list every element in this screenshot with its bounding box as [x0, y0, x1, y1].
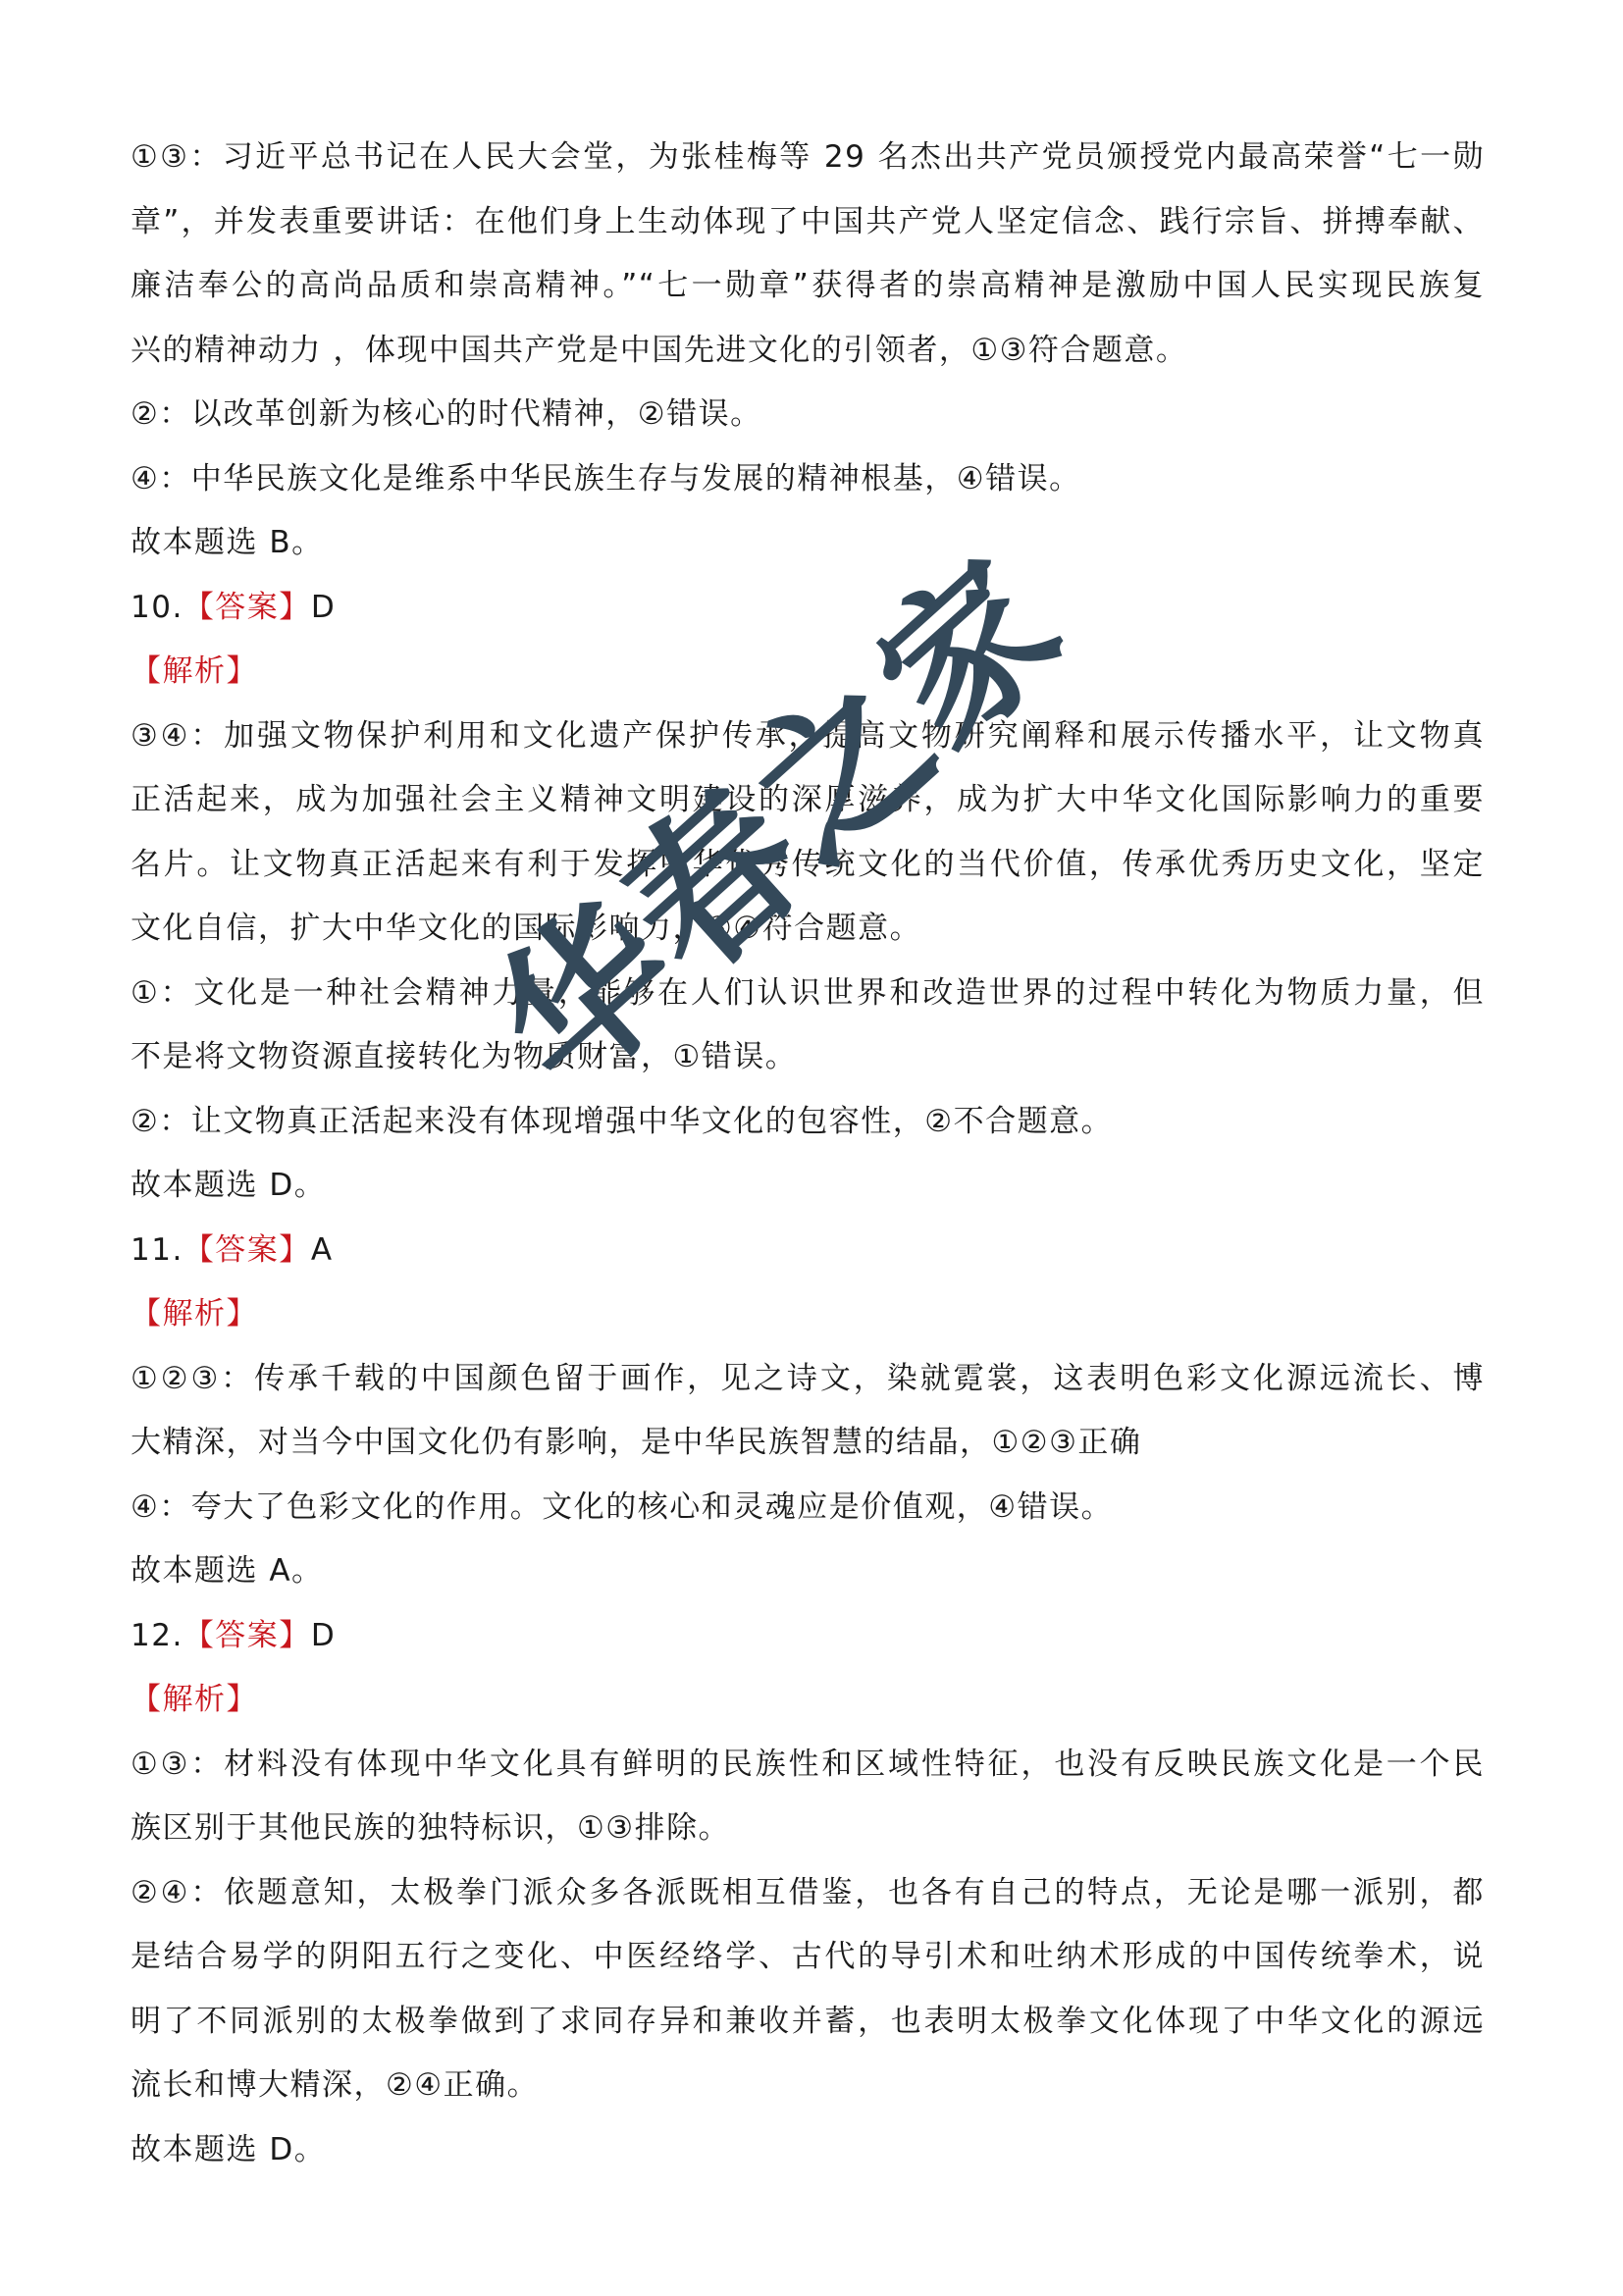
answer-value: D — [311, 590, 336, 625]
question-number: 10. — [131, 590, 183, 625]
paragraph-line: ④：夸大了色彩文化的作用。文化的核心和灵魂应是价值观，④错误。 — [131, 1476, 1485, 1540]
paragraph-line: 兴的精神动力 ，体现中国共产党是中国先进文化的引领者，①③符合题意。 — [131, 319, 1485, 384]
answer-heading: 12.【答案】D — [131, 1604, 1485, 1669]
paragraph-line: ③④：加强文物保护利用和文化遗产保护传承，提高文物研究阐释和展示传播水平，让文物… — [131, 704, 1485, 769]
analysis-label: 【解析】 — [131, 1282, 1485, 1347]
document-page: ①③：习近平总书记在人民大会堂，为张桂梅等 29 名杰出共产党员颁授党内最高荣誉… — [131, 126, 1485, 2182]
paragraph-line: 廉洁奉公的高尚品质和崇高精神。”“七一勋章”获得者的崇高精神是激励中国人民实现民… — [131, 254, 1485, 319]
conclusion-line: 故本题选 D。 — [131, 2118, 1485, 2183]
answer-value: A — [311, 1232, 334, 1268]
conclusion-line: 故本题选 D。 — [131, 1154, 1485, 1219]
paragraph-line: ②④：依题意知，太极拳门派众多各派既相互借鉴，也各有自己的特点，无论是哪一派别，… — [131, 1861, 1485, 1926]
paragraph-line: 文化自信，扩大中华文化的国际影响力，③④符合题意。 — [131, 897, 1485, 962]
conclusion-line: 故本题选 A。 — [131, 1539, 1485, 1604]
paragraph-line: ①③：材料没有体现中华文化具有鲜明的民族性和区域性特征，也没有反映民族文化是一个… — [131, 1733, 1485, 1798]
answer-label: 【答案】 — [183, 1232, 311, 1268]
answer-heading: 10.【答案】D — [131, 576, 1485, 641]
conclusion-line: 故本题选 B。 — [131, 511, 1485, 576]
answer-label: 【答案】 — [183, 590, 311, 625]
paragraph-line: 明了不同派别的太极拳做到了求同存异和兼收并蓄，也表明太极拳文化体现了中华文化的源… — [131, 1990, 1485, 2055]
q11-block: 11.【答案】A 【解析】 ①②③：传承千载的中国颜色留于画作，见之诗文，染就霓… — [131, 1219, 1485, 1604]
q9-analysis-tail: ①③：习近平总书记在人民大会堂，为张桂梅等 29 名杰出共产党员颁授党内最高荣誉… — [131, 126, 1485, 576]
paragraph-line: ①：文化是一种社会精神力量，能够在人们认识世界和改造世界的过程中转化为物质力量，… — [131, 962, 1485, 1026]
answer-heading: 11.【答案】A — [131, 1219, 1485, 1283]
paragraph-line: 大精深，对当今中国文化仍有影响，是中华民族智慧的结晶，①②③正确 — [131, 1411, 1485, 1476]
paragraph-line: 流长和博大精深，②④正确。 — [131, 2054, 1485, 2118]
paragraph-line: 正活起来，成为加强社会主义精神文明建设的深厚滋养，成为扩大中华文化国际影响力的重… — [131, 768, 1485, 833]
question-number: 12. — [131, 1618, 183, 1653]
question-number: 11. — [131, 1232, 183, 1268]
paragraph-line: ②：以改革创新为核心的时代精神，②错误。 — [131, 383, 1485, 447]
answer-label: 【答案】 — [183, 1618, 311, 1653]
analysis-label: 【解析】 — [131, 640, 1485, 704]
paragraph-line: 名片。让文物真正活起来有利于发挥中华优秀传统文化的当代价值，传承优秀历史文化，坚… — [131, 833, 1485, 898]
paragraph-line: ④：中华民族文化是维系中华民族生存与发展的精神根基，④错误。 — [131, 447, 1485, 512]
paragraph-line: 不是将文物资源直接转化为物质财富，①错误。 — [131, 1025, 1485, 1090]
paragraph-line: ①②③：传承千载的中国颜色留于画作，见之诗文，染就霓裳，这表明色彩文化源远流长、… — [131, 1347, 1485, 1412]
paragraph-line: 是结合易学的阴阳五行之变化、中医经络学、古代的导引术和吐纳术形成的中国传统拳术，… — [131, 1925, 1485, 1990]
paragraph-line: 族区别于其他民族的独特标识，①③排除。 — [131, 1797, 1485, 1861]
analysis-label: 【解析】 — [131, 1668, 1485, 1733]
q10-block: 10.【答案】D 【解析】 ③④：加强文物保护利用和文化遗产保护传承，提高文物研… — [131, 576, 1485, 1219]
paragraph-line: ②：让文物真正活起来没有体现增强中华文化的包容性，②不合题意。 — [131, 1090, 1485, 1155]
paragraph-line: 章”，并发表重要讲话：在他们身上生动体现了中国共产党人坚定信念、践行宗旨、拼搏奉… — [131, 190, 1485, 255]
paragraph-line: ①③：习近平总书记在人民大会堂，为张桂梅等 29 名杰出共产党员颁授党内最高荣誉… — [131, 126, 1485, 190]
answer-value: D — [311, 1618, 336, 1653]
q12-block: 12.【答案】D 【解析】 ①③：材料没有体现中华文化具有鲜明的民族性和区域性特… — [131, 1604, 1485, 2183]
